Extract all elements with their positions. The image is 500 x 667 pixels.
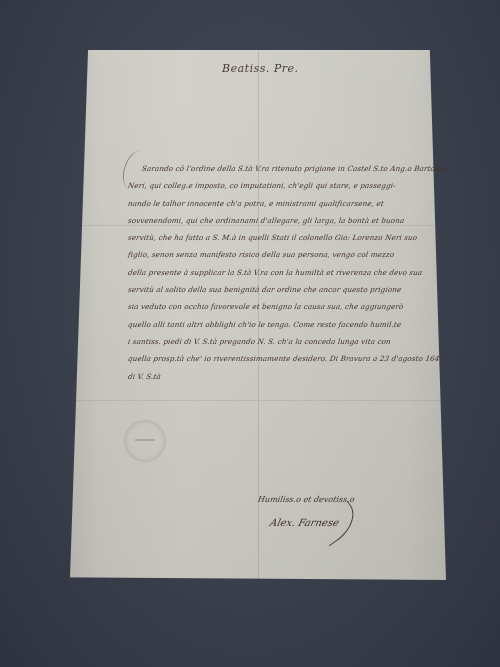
body-line: i santiss. piedi di V. S.tà pregando N. … <box>127 333 447 350</box>
body-line: di V. S.tà <box>127 368 447 385</box>
body-line: sia veduto con occhio favorevole et beni… <box>127 298 447 315</box>
letter-heading: Beatiss. Pre. <box>222 62 299 75</box>
photo-stage: Beatiss. Pre. Sarando cō l'ordine della … <box>0 0 500 667</box>
body-line: servitù al solito della sua benignità da… <box>127 281 447 298</box>
body-line: sovvenendomi, qui che ordinanami d'alleg… <box>127 212 447 229</box>
body-line: Sarando cō l'ordine della S.tà V.ra rite… <box>127 160 447 177</box>
body-line: quella prosp.tà che' io riverentissimame… <box>127 350 447 367</box>
seal-impression-icon <box>124 420 166 462</box>
body-line: figlio, senon senza manifesto risico del… <box>127 246 447 263</box>
body-line: della presente à supplicar la S.tà V.ra … <box>127 264 447 281</box>
body-line: servitù, che ha fatto a S. M.à in quelli… <box>127 229 447 246</box>
body-line: nando le talhor innocente ch'a potra, e … <box>127 195 447 212</box>
body-line: quello alli tanti altri obblighi ch'io l… <box>127 316 447 333</box>
body-line: Neri, qui colleg.e imposto, co imputatio… <box>127 177 447 194</box>
letter-body: Sarando cō l'ordine della S.tà V.ra rite… <box>128 160 446 385</box>
letter-closing: Humiliss.o et devotiss.o <box>257 495 355 504</box>
